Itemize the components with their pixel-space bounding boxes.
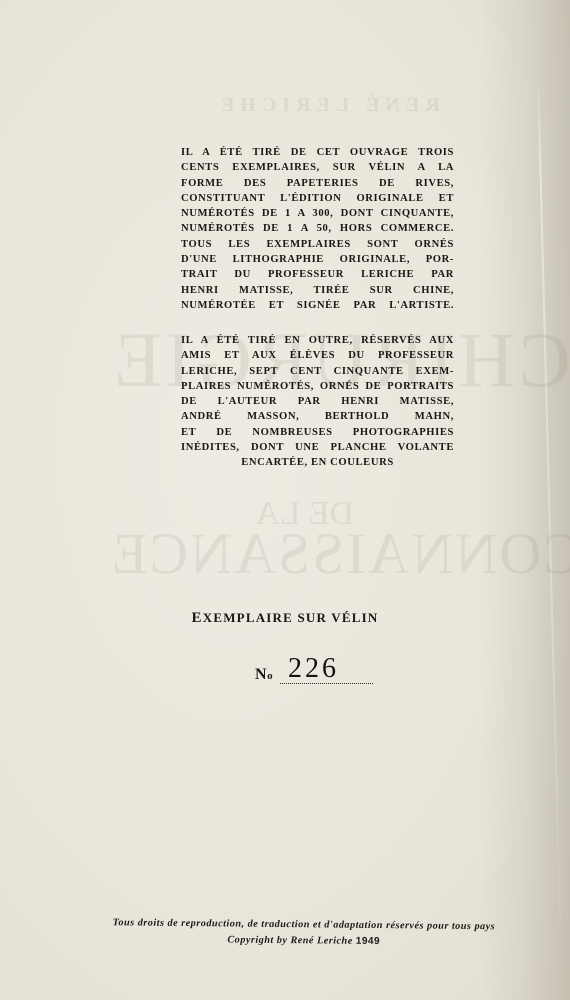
copy-type-heading: EXEMPLAIRE SUR VÉLIN xyxy=(0,610,570,627)
text-line: ET DE NOMBREUSES PHOTOGRAPHIES xyxy=(181,425,454,440)
number-label: No xyxy=(255,666,273,684)
text-line: NUMÉROTÉS DE 1 A 300, DONT CINQUANTE, xyxy=(181,206,454,221)
copyright-year: 1949 xyxy=(356,936,380,947)
rights-notice: Tous droits de reproduction, de traducti… xyxy=(0,914,570,952)
show-through-title-line3: CONNAISSANCE xyxy=(110,520,570,587)
text-line: PLAIRES NUMÉROTÉS, ORNÉS DE PORTRAITS xyxy=(181,379,454,394)
text-line: NUMÉROTÉE ET SIGNÉE PAR L'ARTISTE. xyxy=(181,298,454,313)
justification-paragraph-1: IL A ÉTÉ TIRÉ DE CET OUVRAGE TROIS CENTS… xyxy=(181,145,454,313)
text-line: NUMÉROTÉS DE 1 A 50, HORS COMMERCE. xyxy=(181,221,454,236)
copy-type-initial: E xyxy=(192,610,203,626)
text-line: LERICHE, SEPT CENT CINQUANTE EXEM- xyxy=(181,364,454,379)
text-line: HENRI MATISSE, TIRÉE SUR CHINE, xyxy=(181,283,454,298)
number-label-n: N xyxy=(255,666,267,683)
number-dotted-field: 226 xyxy=(280,655,373,684)
text-line: CONSTITUANT L'ÉDITION ORIGINALE ET xyxy=(181,191,454,206)
text-line: IL A ÉTÉ TIRÉ DE CET OUVRAGE TROIS xyxy=(181,145,454,160)
text-line: D'UNE LITHOGRAPHIE ORIGINALE, POR- xyxy=(181,252,454,267)
show-through-author: RENÉ LERICHE xyxy=(215,94,440,117)
copyright-holder: Copyright by René Leriche xyxy=(227,934,353,946)
copy-type-text: XEMPLAIRE SUR VÉLIN xyxy=(203,610,379,625)
book-page: RENÉ LERICHE CHIRURGIE DE LA CONNAISSANC… xyxy=(0,0,570,1000)
text-line: TRAIT DU PROFESSEUR LERICHE PAR xyxy=(181,267,454,282)
text-line: AMIS ET AUX ÉLÈVES DU PROFESSEUR xyxy=(181,348,454,363)
text-line: FORME DES PAPETERIES DE RIVES, xyxy=(181,176,454,191)
text-line: INÉDITES, DONT UNE PLANCHE VOLANTE xyxy=(181,440,454,455)
text-line: IL A ÉTÉ TIRÉ EN OUTRE, RÉSERVÉS AUX xyxy=(181,333,454,348)
number-label-o: o xyxy=(267,670,273,682)
text-line: DE L'AUTEUR PAR HENRI MATISSE, xyxy=(181,394,454,409)
text-line: CENTS EXEMPLAIRES, SUR VÉLIN A LA xyxy=(181,160,454,175)
text-line: TOUS LES EXEMPLAIRES SONT ORNÉS xyxy=(181,237,454,252)
text-line: ENCARTÉE, EN COULEURS xyxy=(181,455,454,470)
text-line: ANDRÉ MASSON, BERTHOLD MAHN, xyxy=(181,409,454,424)
justification-paragraph-2: IL A ÉTÉ TIRÉ EN OUTRE, RÉSERVÉS AUX AMI… xyxy=(181,333,454,471)
copy-number-value: 226 xyxy=(288,653,339,685)
